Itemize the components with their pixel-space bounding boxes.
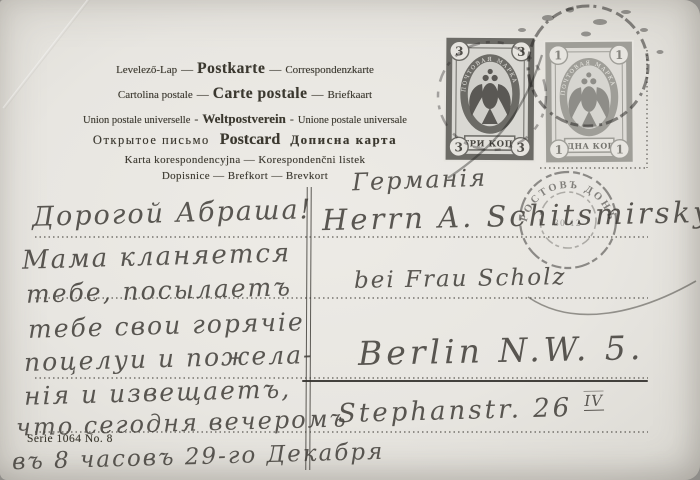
message-line: тебе, посылаетъ	[26, 272, 293, 308]
header-text-dopisna-karta: Дописна карта	[280, 132, 397, 147]
stamp-1-kopeck: ПОЧТОВАЯ МАРКА ОДНА КОП. 1 1 1 1	[542, 40, 637, 165]
header-text: Levelező-Lap	[116, 64, 177, 76]
message-line: поцелуи и пожела-	[24, 340, 314, 377]
header-line-5: Karta korespondencyjna — Korespondenčni …	[30, 154, 460, 166]
dash-separator: —	[177, 62, 197, 76]
address-floor: IV	[583, 391, 604, 412]
message-line: тебе свои горячіе	[28, 307, 305, 344]
header-text: Briefkaart	[328, 89, 373, 101]
header-text: Cartolina postale	[118, 89, 193, 101]
address-city: Berlin N.W. 5.	[358, 328, 645, 373]
address-recipient: Herrn A. Schitsmirsky	[322, 195, 700, 237]
header-text-otkrytoe-pismo: Открытое письмо	[93, 133, 220, 147]
svg-text:3: 3	[517, 45, 525, 59]
header-text-postcard: Postcard	[220, 131, 280, 148]
svg-text:1: 1	[555, 143, 563, 157]
stamp-box-right-edge	[646, 50, 648, 168]
svg-text:3: 3	[454, 140, 462, 154]
address-underline-rule	[302, 380, 648, 382]
address-country: Германія	[352, 164, 488, 197]
denomination-text: ТРИ КОП.	[463, 139, 517, 149]
postcard: Levelező-Lap—Postkarte—Correspondenzkart…	[0, 0, 700, 480]
dash-separator: —	[193, 87, 213, 101]
message-line: Дорогой Абраша!	[32, 194, 313, 233]
svg-text:3: 3	[516, 141, 524, 155]
header-text-carte-postale: Carte postale	[213, 85, 308, 102]
header-line-4: Открытое письмоPostcardДописна карта	[30, 131, 460, 149]
address-street: Stephanstr. 26 IV	[338, 392, 605, 430]
header-text: Correspondenzkarte	[285, 64, 374, 76]
dash-separator: -	[190, 112, 202, 126]
header-text: Unione postale universale	[298, 115, 407, 126]
header-text-weltpostverein: Weltpostverein	[202, 111, 286, 126]
dash-separator: —	[265, 62, 285, 76]
address-care-of: bei Frau Scholz	[354, 264, 567, 294]
dash-separator: —	[308, 87, 328, 101]
header-line-3: Union postale universelle-Weltpostverein…	[30, 111, 460, 127]
stamp-box-bottom-edge	[540, 167, 648, 169]
svg-text:1: 1	[554, 48, 562, 62]
header-line-1: Levelező-Lap—Postkarte—Correspondenzkart…	[30, 60, 460, 78]
stamp-3-kopeck: ПОЧТОВАЯ МАРКА ТРИ КОП. 3 3 3 3	[444, 36, 537, 163]
header-text: Union postale universelle	[83, 115, 190, 126]
series-imprint: Serie 1064 No. 8	[27, 433, 113, 445]
message-line: Мама кланяется	[22, 238, 292, 276]
header-text-postkarte: Postkarte	[197, 60, 265, 77]
svg-text:3: 3	[455, 44, 463, 58]
svg-text:1: 1	[616, 142, 624, 156]
dash-separator: -	[286, 112, 298, 126]
svg-text:1: 1	[615, 48, 623, 62]
address-street-text: Stephanstr. 26	[338, 393, 573, 429]
header-line-2: Cartolina postale—Carte postale—Briefkaa…	[30, 85, 460, 103]
message-line: нія и извещаетъ,	[24, 374, 292, 410]
scanned-postcard-photo: { "header": { "row1": {"left": "Levelező…	[0, 0, 700, 480]
